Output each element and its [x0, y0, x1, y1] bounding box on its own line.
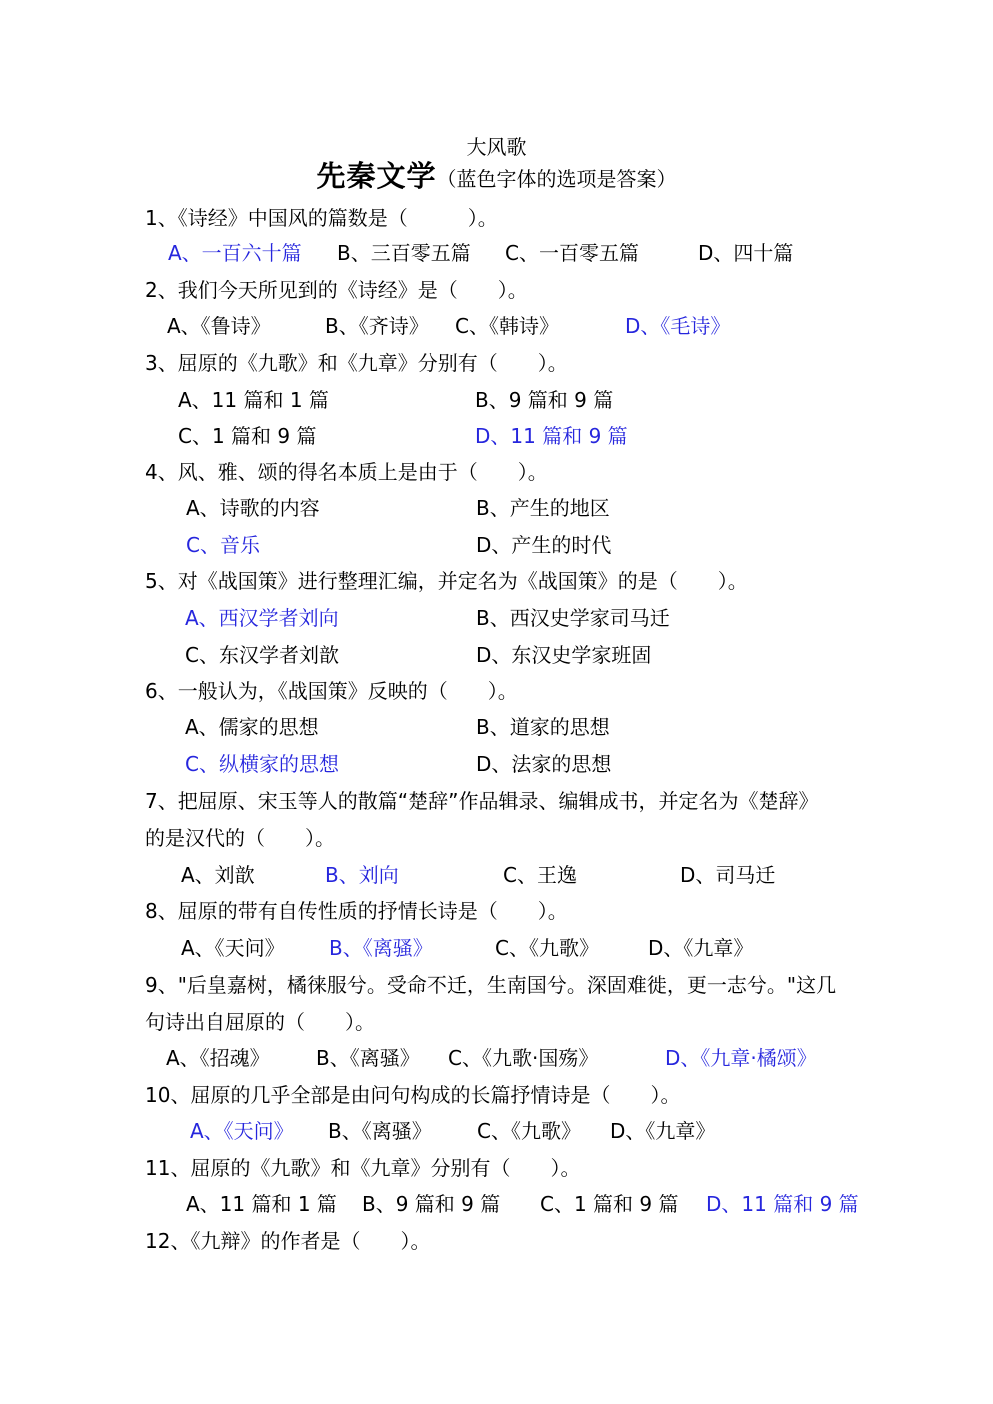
question-6-options-row-2: C、纵横家的思想 D、法家的思想: [0, 751, 993, 777]
option-4-d: D、产生的时代: [476, 532, 611, 558]
option-10-a: A、《天问》: [190, 1118, 294, 1144]
question-8-options: A、《天问》 B、《离骚》 C、《九歌》 D、《九章》: [0, 935, 993, 961]
question-10-options: A、《天问》 B、《离骚》 C、《九歌》 D、《九章》: [0, 1118, 993, 1144]
section-title-line: 先秦文学（蓝色字体的选项是答案）: [0, 159, 993, 193]
question-4-options-row-1: A、诗歌的内容 B、产生的地区: [0, 495, 993, 521]
option-6-c: C、纵横家的思想: [185, 751, 339, 777]
option-2-c: C、《韩诗》: [455, 313, 559, 339]
question-3-options-row-2: C、1 篇和 9 篇 D、11 篇和 9 篇: [0, 423, 993, 449]
question-2-options: A、《鲁诗》 B、《齐诗》 C、《韩诗》 D、《毛诗》: [0, 313, 993, 339]
poem-title: 大风歌: [0, 134, 993, 160]
question-5-options-row-1: A、西汉学者刘向 B、西汉史学家司马迁: [0, 605, 993, 631]
question-4-options-row-2: C、音乐 D、产生的时代: [0, 532, 993, 558]
option-11-d: D、11 篇和 9 篇: [706, 1191, 859, 1217]
option-8-a: A、《天问》: [181, 935, 285, 961]
option-3-b: B、9 篇和 9 篇: [475, 387, 613, 413]
option-4-b: B、产生的地区: [476, 495, 610, 521]
option-9-c: C、《九歌·国殇》: [448, 1045, 598, 1071]
option-9-b: B、《离骚》: [316, 1045, 420, 1071]
question-6-stem: 6、一般认为，《战国策》反映的（ ）。: [145, 678, 933, 704]
option-4-a: A、诗歌的内容: [186, 495, 320, 521]
question-5-options-row-2: C、东汉学者刘歆 D、东汉史学家班固: [0, 642, 993, 668]
question-6-options-row-1: A、儒家的思想 B、道家的思想: [0, 714, 993, 740]
document-page: 大风歌 先秦文学（蓝色字体的选项是答案） 1、《诗经》中国风的篇数是（ ）。 A…: [0, 0, 993, 1404]
question-9-options: A、《招魂》 B、《离骚》 C、《九歌·国殇》 D、《九章·橘颂》: [0, 1045, 993, 1071]
option-11-a: A、11 篇和 1 篇: [186, 1191, 337, 1217]
question-10-stem: 10、屈原的几乎全部是由问句构成的长篇抒情诗是（ ）。: [145, 1082, 933, 1108]
option-8-d: D、《九章》: [648, 935, 753, 961]
option-4-c: C、音乐: [186, 532, 260, 558]
option-2-d: D、《毛诗》: [625, 313, 730, 339]
question-2-stem: 2、我们今天所见到的《诗经》是（ ）。: [145, 277, 933, 303]
question-11-options: A、11 篇和 1 篇 B、9 篇和 9 篇 C、1 篇和 9 篇 D、11 篇…: [0, 1191, 993, 1217]
option-10-d: D、《九章》: [610, 1118, 715, 1144]
option-1-c: C、一百零五篇: [505, 240, 639, 266]
option-10-c: C、《九歌》: [477, 1118, 581, 1144]
question-11-stem: 11、屈原的《九歌》和《九章》分别有（ ）。: [145, 1155, 933, 1181]
option-9-a: A、《招魂》: [166, 1045, 270, 1071]
option-8-b: B、《离骚》: [329, 935, 433, 961]
question-7-stem-line-1: 7、把屈原、宋玉等人的散篇“楚辞”作品辑录、编辑成书，并定名为《楚辞》: [145, 788, 933, 814]
question-5-stem: 5、对《战国策》进行整理汇编，并定名为《战国策》的是（ ）。: [145, 568, 933, 594]
option-7-c: C、王逸: [503, 862, 577, 888]
question-4-stem: 4、风、雅、颂的得名本质上是由于（ ）。: [145, 459, 933, 485]
option-3-c: C、1 篇和 9 篇: [178, 423, 317, 449]
option-1-d: D、四十篇: [698, 240, 793, 266]
question-8-stem: 8、屈原的带有自传性质的抒情长诗是（ ）。: [145, 898, 933, 924]
section-title: 先秦文学: [316, 159, 436, 193]
option-11-c: C、1 篇和 9 篇: [540, 1191, 679, 1217]
option-5-a: A、西汉学者刘向: [185, 605, 339, 631]
option-11-b: B、9 篇和 9 篇: [362, 1191, 500, 1217]
option-7-b: B、刘向: [325, 862, 399, 888]
option-3-a: A、11 篇和 1 篇: [178, 387, 329, 413]
question-7-options: A、刘歆 B、刘向 C、王逸 D、司马迁: [0, 862, 993, 888]
option-1-a: A、一百六十篇: [168, 240, 302, 266]
option-2-b: B、《齐诗》: [325, 313, 429, 339]
option-7-a: A、刘歆: [181, 862, 255, 888]
option-3-d: D、11 篇和 9 篇: [475, 423, 628, 449]
option-5-b: B、西汉史学家司马迁: [476, 605, 670, 631]
question-3-stem: 3、屈原的《九歌》和《九章》分别有（ ）。: [145, 350, 933, 376]
option-5-d: D、东汉史学家班固: [476, 642, 651, 668]
option-5-c: C、东汉学者刘歆: [185, 642, 339, 668]
option-6-d: D、法家的思想: [476, 751, 611, 777]
question-1-stem: 1、《诗经》中国风的篇数是（ ）。: [145, 205, 933, 231]
section-title-note: （蓝色字体的选项是答案）: [437, 167, 677, 191]
question-9-stem-line-2: 句诗出自屈原的（ ）。: [145, 1009, 933, 1035]
question-9-stem-line-1: 9、"后皇嘉树，橘徕服兮。受命不迁，生南国兮。深固难徙，更一志兮。"这几: [145, 972, 933, 998]
option-7-d: D、司马迁: [680, 862, 775, 888]
option-10-b: B、《离骚》: [328, 1118, 432, 1144]
option-9-d: D、《九章·橘颂》: [665, 1045, 817, 1071]
option-2-a: A、《鲁诗》: [167, 313, 271, 339]
question-7-stem-line-2: 的是汉代的（ ）。: [145, 825, 933, 851]
option-1-b: B、三百零五篇: [337, 240, 471, 266]
question-3-options-row-1: A、11 篇和 1 篇 B、9 篇和 9 篇: [0, 387, 993, 413]
option-8-c: C、《九歌》: [495, 935, 599, 961]
question-1-options: A、一百六十篇 B、三百零五篇 C、一百零五篇 D、四十篇: [0, 240, 993, 266]
option-6-a: A、儒家的思想: [185, 714, 319, 740]
question-12-stem: 12、《九辩》的作者是（ ）。: [145, 1228, 933, 1254]
option-6-b: B、道家的思想: [476, 714, 610, 740]
